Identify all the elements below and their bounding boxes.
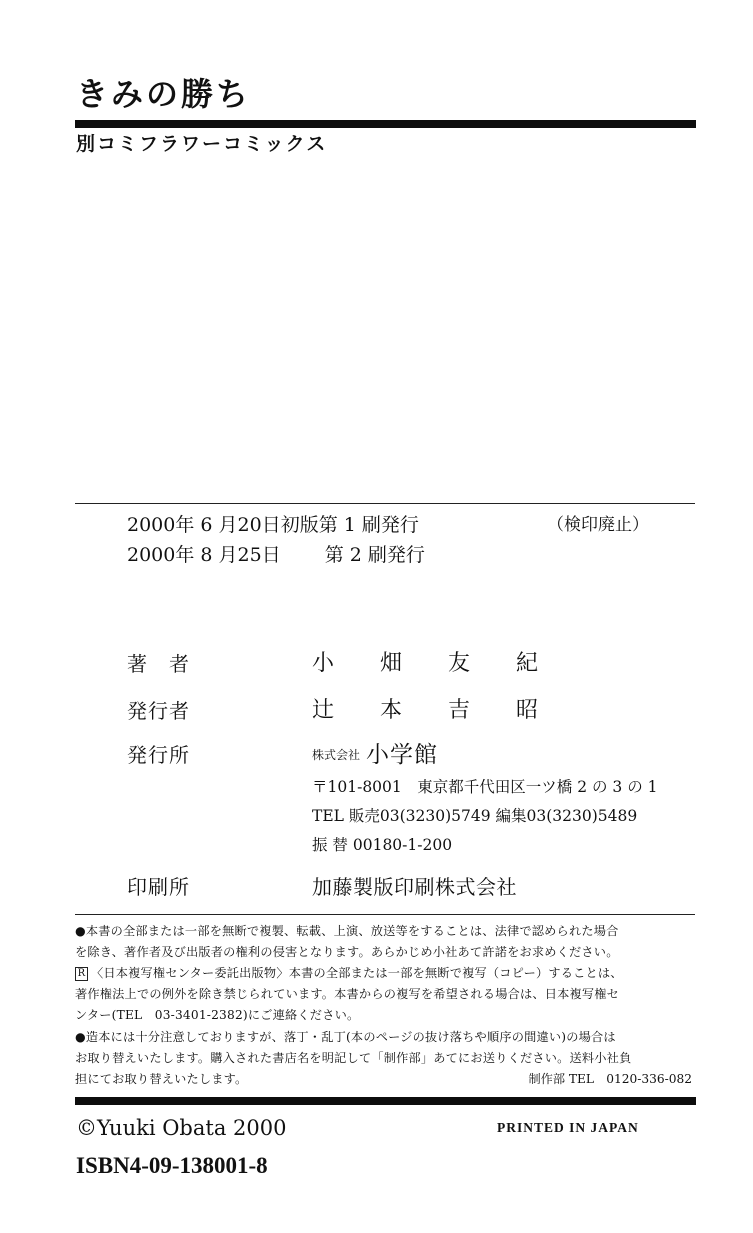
author-name-char: 友 [448, 649, 516, 679]
notice-line: 著作権法上での例外を除き禁じられています。本書からの複写を希望される場合は、日本… [75, 984, 619, 1004]
issuer-label: 発行者 [127, 697, 190, 725]
production-dept-contact: 制作部 TEL 0120-336-082 [528, 1069, 692, 1089]
printer-name: 加藤製版印刷株式会社 [312, 873, 517, 901]
notice-line: 担にてお取り替えいたします。 [75, 1069, 247, 1089]
notice-line: を除き、著作者及び出版者の権利の侵害となります。あらかじめ小社あて許諾をお求めく… [75, 942, 619, 962]
notice-top-rule [75, 914, 695, 915]
seal-abolished-note: （検印廃止） [547, 512, 649, 538]
author-name: 小畑友紀 [312, 649, 584, 679]
r-mark-icon: R [75, 967, 88, 981]
second-printing-line: 2000年 8 月25日 第 2 刷発行 [127, 542, 425, 568]
issuer-name-char: 辻 [312, 696, 380, 726]
book-title: きみの勝ち [76, 74, 251, 114]
printer-label: 印刷所 [127, 873, 190, 901]
printed-in-japan: PRINTED IN JAPAN [497, 1118, 639, 1138]
corp-prefix: 株式会社 [312, 740, 360, 770]
notice-line: お取り替えいたします。購入された書店名を明記して「制作部」あてにお送りください。… [75, 1048, 631, 1068]
notice-line: ンター(TEL 03-3401-2382)にご連絡ください。 [75, 1005, 359, 1025]
title-divider-bar [75, 120, 696, 128]
notice-text: 〈日本複写権センター委託出版物〉本書の全部または一部を無断で複写（コピー）するこ… [91, 966, 623, 980]
colophon-top-rule [75, 503, 695, 504]
issuer-name-char: 吉 [448, 696, 516, 726]
issuer-name-char: 本 [380, 696, 448, 726]
author-name-char: 紀 [516, 649, 584, 679]
first-printing-line: 2000年 6 月20日初版第 1 刷発行 [127, 512, 419, 538]
notice-line: ●本書の全部または一部を無断で複製、転載、上演、放送等をすることは、法律で認めら… [75, 921, 619, 941]
publisher-furikae: 振 替 00180-1-200 [312, 834, 452, 856]
publisher-address: 〒101-8001 東京都千代田区一ツ橋 2 の 3 の 1 [312, 776, 658, 798]
issuer-name-char: 昭 [516, 696, 584, 726]
author-name-char: 小 [312, 649, 380, 679]
copyright-notice: ©Yuuki Obata 2000 [76, 1113, 286, 1143]
author-name-char: 畑 [380, 649, 448, 679]
issuer-name: 辻本吉昭 [312, 696, 584, 726]
footer-divider-bar [75, 1097, 696, 1105]
notice-line-copy-center: R〈日本複写権センター委託出版物〉本書の全部または一部を無断で複写（コピー）する… [75, 963, 623, 983]
publisher-name: 小学館 [366, 740, 438, 770]
publisher-block: 株式会社小学館 [312, 740, 438, 771]
publisher-label: 発行所 [127, 741, 190, 769]
publisher-tel: TEL 販売03(3230)5749 編集03(3230)5489 [312, 805, 637, 827]
notice-line: ●造本には十分注意しておりますが、落丁・乱丁(本のページの抜け落ちや順序の間違い… [75, 1027, 616, 1047]
isbn: ISBN4-09-138001-8 [76, 1150, 268, 1182]
series-name: 別コミフラワーコミックス [76, 131, 327, 157]
author-label: 著 者 [127, 650, 190, 678]
